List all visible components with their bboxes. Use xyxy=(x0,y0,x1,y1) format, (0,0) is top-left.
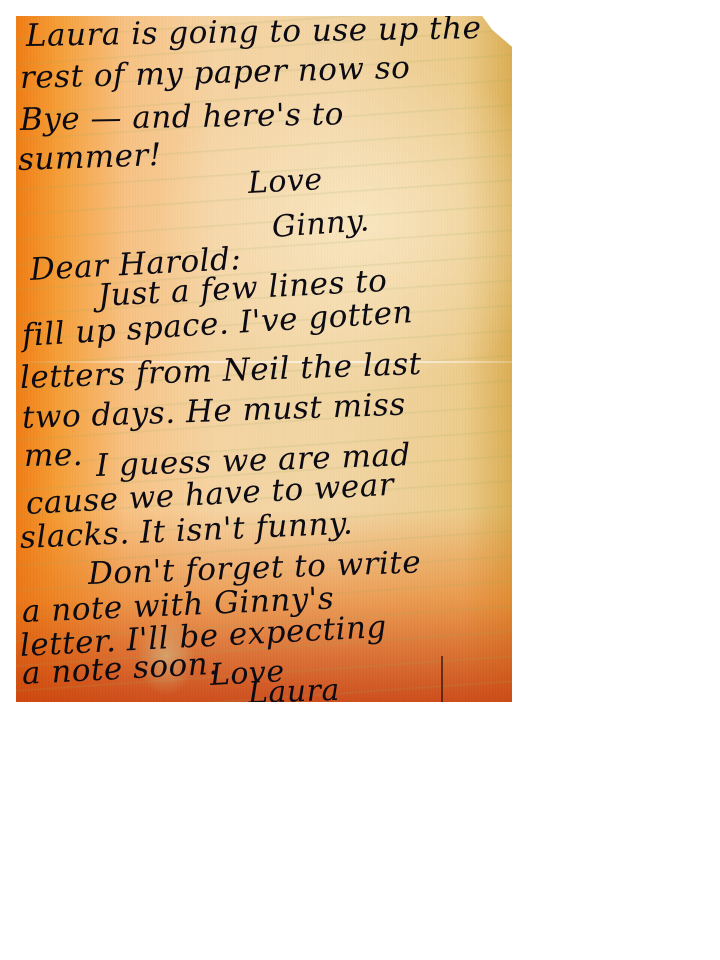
ginny-closing: Love xyxy=(247,162,323,201)
ginny-signature: Ginny. xyxy=(271,203,371,245)
ginny-note-line: summer! xyxy=(17,137,162,178)
ginny-note-line: Bye — and here's to xyxy=(20,96,344,138)
paper-tear xyxy=(441,656,443,702)
ginny-note-line: rest of my paper now so xyxy=(20,50,411,96)
ginny-note-line: Laura is going to use up the xyxy=(26,16,482,54)
letter-paper: Laura is going to use up the rest of my … xyxy=(16,16,512,702)
scanned-page: Laura is going to use up the rest of my … xyxy=(0,0,720,960)
laura-note-line: me. xyxy=(24,437,84,474)
laura-note-line: two days. He must miss xyxy=(21,387,406,436)
laura-signature: Laura xyxy=(247,673,340,702)
